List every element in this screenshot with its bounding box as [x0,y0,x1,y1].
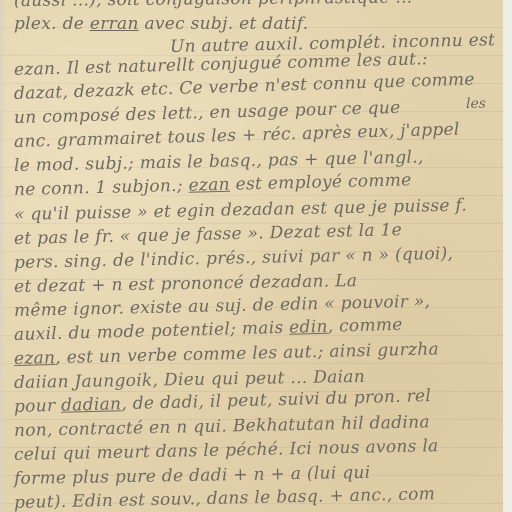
text: pour [14,396,62,417]
text: celui qui meurt dans le péché. Ici nous … [14,436,439,465]
text: et dezat + n est prononcé dezadan. La [14,271,358,297]
manuscript-line-12: pers. sing. de l'indic. prés., suivi par… [14,244,454,273]
text: plex. de [14,14,90,34]
underlined-word: edin [289,317,328,338]
text: auxil. du mode potentiel; mais [14,318,290,345]
manuscript-line-16: ezan, est un verbe comme les aut.; ainsi… [14,339,439,369]
page-edge-left [0,0,5,512]
manuscript-line-21: forme plus pure de dadi + n + a (lui qui [14,463,371,489]
text: et pas le fr. « que je fasse ». Dezat es… [14,220,402,249]
text: (aussi ...), soit conjugaison périphrast… [14,0,413,11]
underlined-word: dadian [61,394,122,416]
manuscript-line-11: et pas le fr. « que je fasse ». Dezat es… [14,220,402,249]
manuscript-line-1: (aussi ...), soit conjugaison périphrast… [14,0,413,11]
text: ne conn. 1 subjon.; [14,176,189,200]
text: , comme [327,315,402,337]
text: , est un verbe comme les aut.; ainsi gur… [55,339,439,368]
text: avec subj. et datif. [139,14,309,34]
margin-note: les [466,96,486,112]
manuscript-line-20: celui qui meurt dans le péché. Ici nous … [14,436,439,465]
manuscript-line-22: peut). Edin est souv., dans le basq. + a… [14,484,435,512]
text: peut). Edin est souv., dans le basq. + a… [14,484,435,512]
underlined-word: erran [90,14,139,34]
text: pers. sing. de l'indic. prés., suivi par… [14,244,454,273]
page-border-right [503,0,512,512]
manuscript-line-2: plex. de erran avec subj. et datif. [14,14,308,34]
manuscript-line-13: et dezat + n est prononcé dezadan. La [14,271,358,297]
underlined-word: ezan [188,175,230,196]
text: les [466,96,486,112]
text: forme plus pure de dadi + n + a (lui qui [14,463,371,489]
text: est employé comme [230,170,412,194]
underlined-word: ezan [14,348,56,369]
manuscript-page: (aussi ...), soit conjugaison périphrast… [0,0,503,512]
